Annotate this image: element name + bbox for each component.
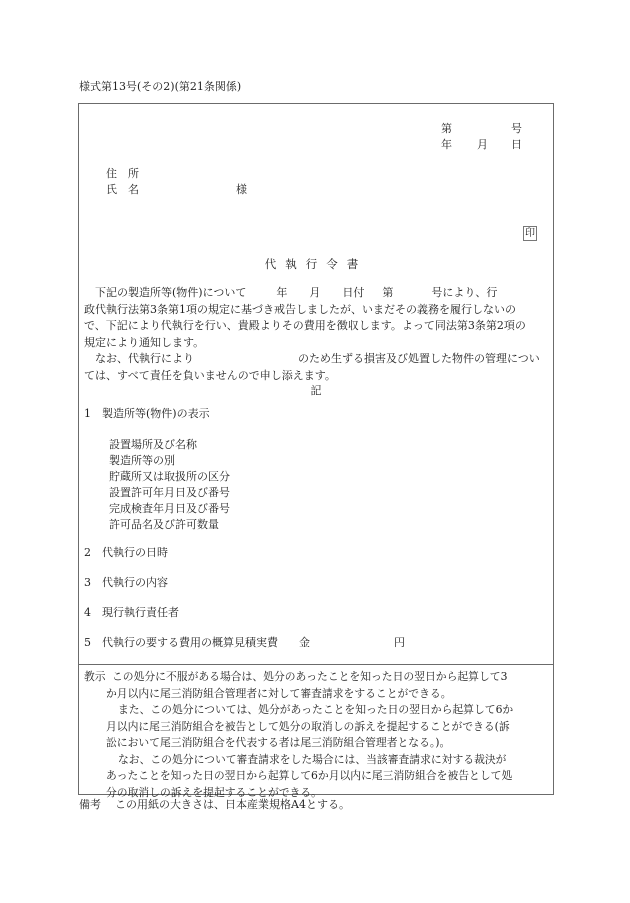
item-4: 4現行執行責任者 — [84, 605, 179, 621]
para2-line-2: ては、すべて責任を負いませんので申し添えます。 — [84, 368, 548, 385]
para1-month: 月 — [309, 286, 320, 299]
para1-year: 年 — [276, 286, 287, 299]
address-label: 住 所 — [106, 166, 139, 182]
para1-line-4: 規定により通知します。 — [84, 335, 548, 352]
item-label: 代執行の日時 — [102, 546, 168, 559]
para1-line-2: 政代執行法第3条第1項の規定に基づき戒告しましたが、いまだその義務を履行しないの — [84, 302, 548, 319]
document-date: 年月日 — [441, 137, 522, 153]
item-number: 2 — [84, 545, 102, 561]
body-paragraph-1: 下記の製造所等(物件)について年月日付第号により、行 政代執行法第3条第1項の規… — [84, 285, 548, 384]
subitem: 完成検査年月日及び番号 — [109, 501, 230, 517]
document-title: 代執行令書 — [79, 256, 553, 272]
item-1: 1製造所等(物件)の表示 — [84, 406, 210, 422]
subitem: 製造所等の別 — [109, 453, 175, 469]
item-label: 現行執行責任者 — [102, 606, 179, 619]
para1-day: 日付 — [342, 286, 364, 299]
honorific-sama: 様 — [236, 182, 247, 198]
item-label: 製造所等(物件)の表示 — [102, 407, 210, 420]
item-5: 5代執行の要する費用の概算見積実費金円 — [84, 635, 405, 651]
subitem: 設置許可年月日及び番号 — [109, 485, 230, 501]
remarks: 備考この用紙の大きさは、日本産業規格A4とする。 — [79, 797, 350, 813]
form-number-label: 様式第13号(その2)(第21条関係) — [79, 79, 241, 95]
para2-text-b: のため生ずる損害及び処置した物件の管理につい — [298, 352, 540, 365]
number-prefix: 第 — [441, 121, 511, 137]
subitem: 許可品名及び許可数量 — [109, 517, 219, 533]
date-month: 月 — [477, 137, 511, 153]
item-label: 代執行の内容 — [102, 576, 168, 589]
notice-line: 訟において尾三消防組合を代表する者は尾三消防組合管理者となる。)。 — [84, 735, 546, 752]
amount-prefix: 金 — [299, 635, 394, 651]
notice-line: あったことを知った日の翌日から起算して6か月以内に尾三消防組合を被告として処 — [84, 768, 546, 785]
notice-line: また、この処分については、処分があったことを知った日の翌日から起算して6か — [84, 702, 546, 719]
item-2: 2代執行の日時 — [84, 545, 168, 561]
ki-heading: 記 — [79, 383, 553, 399]
para2-text-a: なお、代執行により — [95, 352, 194, 365]
notice-line: か月以内に尾三消防組合管理者に対して審査請求をすることができる。 — [84, 686, 546, 703]
notice-section: 教示この処分に不服がある場合は、処分のあったことを知った日の翌日から起算して3 … — [84, 669, 546, 801]
para1-line-3: で、下記により代執行を行い、貴殿よりその費用を徴収します。よって同法第3条第2項… — [84, 318, 548, 335]
notice-divider — [79, 664, 553, 665]
amount-suffix: 円 — [394, 636, 405, 649]
notice-label: 教示 — [84, 669, 106, 686]
para1-text-b: 号により、行 — [431, 286, 497, 299]
date-day: 日 — [511, 137, 522, 153]
seal-stamp-icon: 印 — [523, 226, 537, 241]
notice-line: 月以内に尾三消防組合を被告として処分の取消しの訴えを提起することができる(訴 — [84, 719, 546, 736]
para1-number-prefix: 第 — [382, 286, 393, 299]
document-frame: 第号 年月日 住 所 氏 名 様 印 代執行令書 下記の製造所等(物件)について… — [78, 103, 554, 795]
para1-text-a: 下記の製造所等(物件)について — [95, 286, 246, 299]
number-suffix: 号 — [511, 121, 522, 137]
notice-line: なお、この処分について審査請求をした場合には、当該審査請求に対する裁決が — [84, 752, 546, 769]
item-number: 4 — [84, 605, 102, 621]
subitem: 貯蔵所又は取扱所の区分 — [109, 469, 230, 485]
item-number: 3 — [84, 575, 102, 591]
item-3: 3代執行の内容 — [84, 575, 168, 591]
name-label: 氏 名 — [106, 182, 139, 198]
remarks-label: 備考 — [79, 797, 115, 813]
date-year: 年 — [441, 137, 477, 153]
item-number: 1 — [84, 406, 102, 422]
remarks-text: この用紙の大きさは、日本産業規格A4とする。 — [115, 798, 350, 811]
item-label: 代執行の要する費用の概算見積実費 — [102, 635, 299, 651]
subitem: 設置場所及び名称 — [109, 437, 197, 453]
item-number: 5 — [84, 635, 102, 651]
document-number: 第号 — [441, 121, 522, 137]
notice-line: この処分に不服がある場合は、処分のあったことを知った日の翌日から起算して3 — [106, 670, 507, 683]
